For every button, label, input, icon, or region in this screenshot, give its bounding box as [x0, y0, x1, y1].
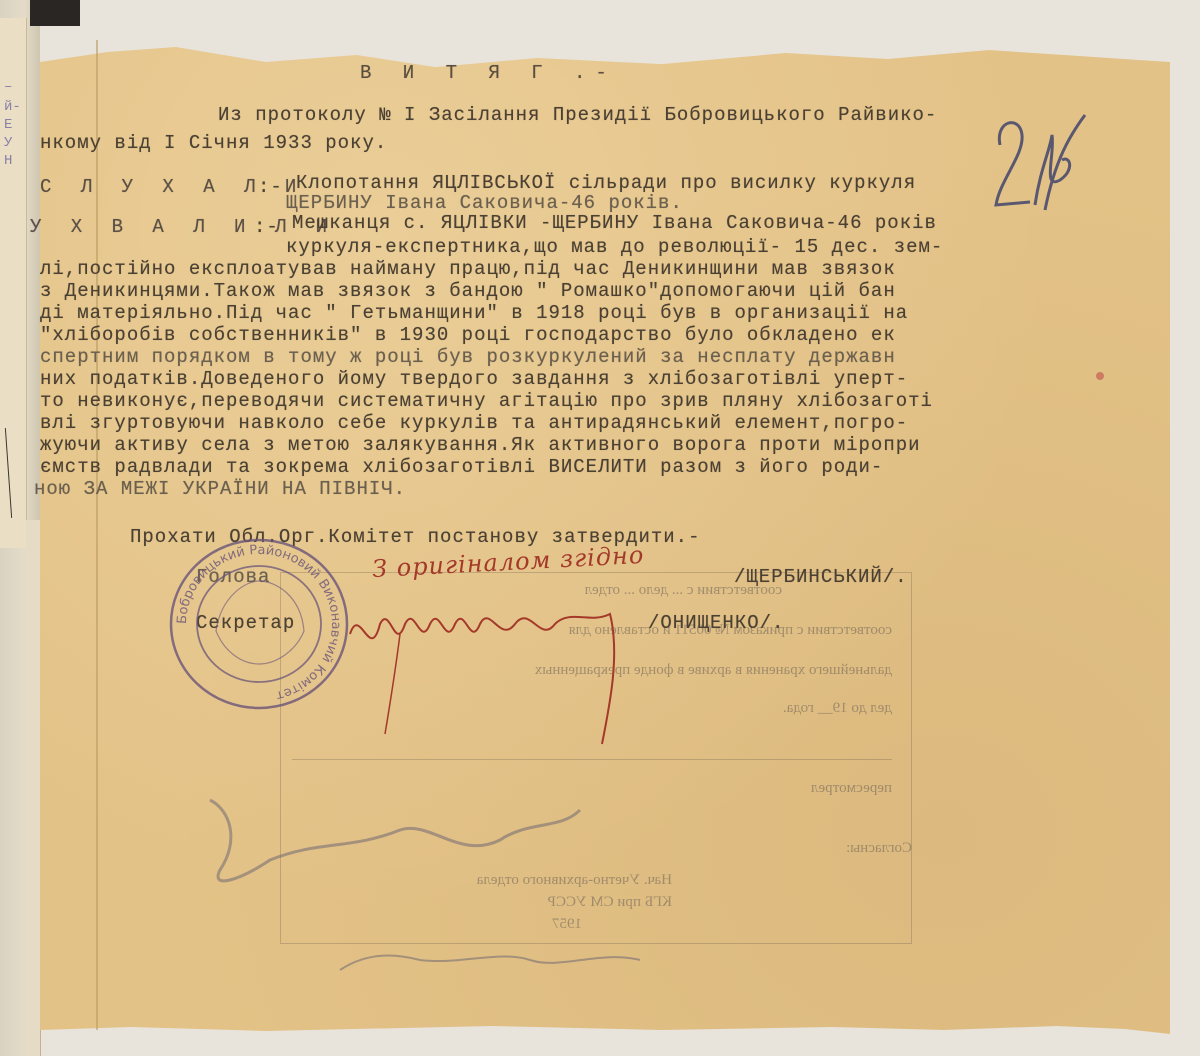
- round-stamp-icon: Бобровицький Районовий Виконавчий Коміте…: [166, 536, 352, 712]
- heard-line-2: ЩЕРБИНУ Івана Саковича-46 років.: [286, 192, 683, 214]
- red-signature-icon: [340, 594, 660, 754]
- stamp-text: Бобровицький Районовий Виконавчий Коміте…: [175, 543, 343, 703]
- decided-line-7: спертним порядком в тому ж році був розк…: [40, 346, 896, 368]
- bleed-through-signature-icon: [200, 780, 720, 980]
- decided-separator: :-: [254, 216, 279, 238]
- adjacent-page-fragment: Е: [4, 116, 12, 134]
- adjacent-page-fragment: У: [4, 134, 12, 152]
- heard-separator: :-: [258, 176, 283, 198]
- decided-line-6: "хліборобів собственників" в 1930 році г…: [40, 324, 896, 346]
- decided-line-5: ді матеріяльно.Під час " Гетьманщини" в …: [40, 302, 908, 324]
- decided-line-2: куркуля-експертника,що мав до революції-…: [286, 236, 943, 258]
- adjacent-page-fragment: Н: [4, 152, 12, 170]
- bleed-line: дел до 19__ года.: [783, 700, 892, 717]
- pencil-page-number-icon: 26: [990, 110, 1090, 220]
- signature-name-secretary: /ОНИЩЕНКО/.: [648, 612, 784, 634]
- decided-line-11: жуючи активу села з метою залякування.Як…: [40, 434, 921, 456]
- page-number-value: 26: [990, 110, 1009, 115]
- decided-line-1: Мешканця с. ЯЦЛІВКИ -ЩЕРБИНУ Івана Саков…: [292, 212, 937, 234]
- decided-line-4: з Деникинцями.Також мав звязок з бандою …: [40, 280, 896, 302]
- bleed-line: пересмотрел: [811, 780, 892, 797]
- decided-label: У Х В А Л И Л И: [30, 216, 336, 238]
- intro-line-1: Из протоколу № I Засілання Президії Бобр…: [218, 104, 937, 126]
- intro-line-2: нкому від I Січня 1933 року.: [40, 132, 387, 154]
- document-title: В И Т Я Г .-: [360, 62, 617, 84]
- decided-line-10: влі згуртовуючи навколо себе куркулів та…: [40, 412, 908, 434]
- svg-text:Бобровицький Районовий Виконав: Бобровицький Районовий Виконавчий Коміте…: [175, 543, 343, 703]
- folder-spine: [26, 520, 41, 1056]
- pencil-line: [5, 428, 12, 518]
- heard-line-1: Клопотання ЯЦЛІВСЬКОЇ сільради про висил…: [296, 172, 916, 194]
- adjacent-page-fragment: –: [4, 78, 12, 96]
- signature-name-chairman: /ЩЕРБИНСЬКИЙ/.: [734, 566, 908, 588]
- bleed-line: Согласны:: [846, 840, 912, 857]
- decided-line-8: них податків.Доведеного йому твердого за…: [40, 368, 908, 390]
- decided-line-3: лі,постійно експлоатував найману працю,п…: [40, 258, 896, 280]
- decided-line-12: ємств радвлади та зокрема хлібозаготівлі…: [40, 456, 883, 478]
- folder-dark-corner: [30, 0, 80, 26]
- decided-line-9: то невиконує,переводячи систематичну агі…: [40, 390, 933, 412]
- adjacent-page-fragment: й-: [4, 98, 21, 116]
- red-ink-spot: [1096, 372, 1104, 380]
- decided-line-13: ною ЗА МЕЖІ УКРАЇНИ НА ПІВНІЧ.: [34, 478, 406, 500]
- adjacent-page-strip: – й- Е У Н: [0, 18, 27, 548]
